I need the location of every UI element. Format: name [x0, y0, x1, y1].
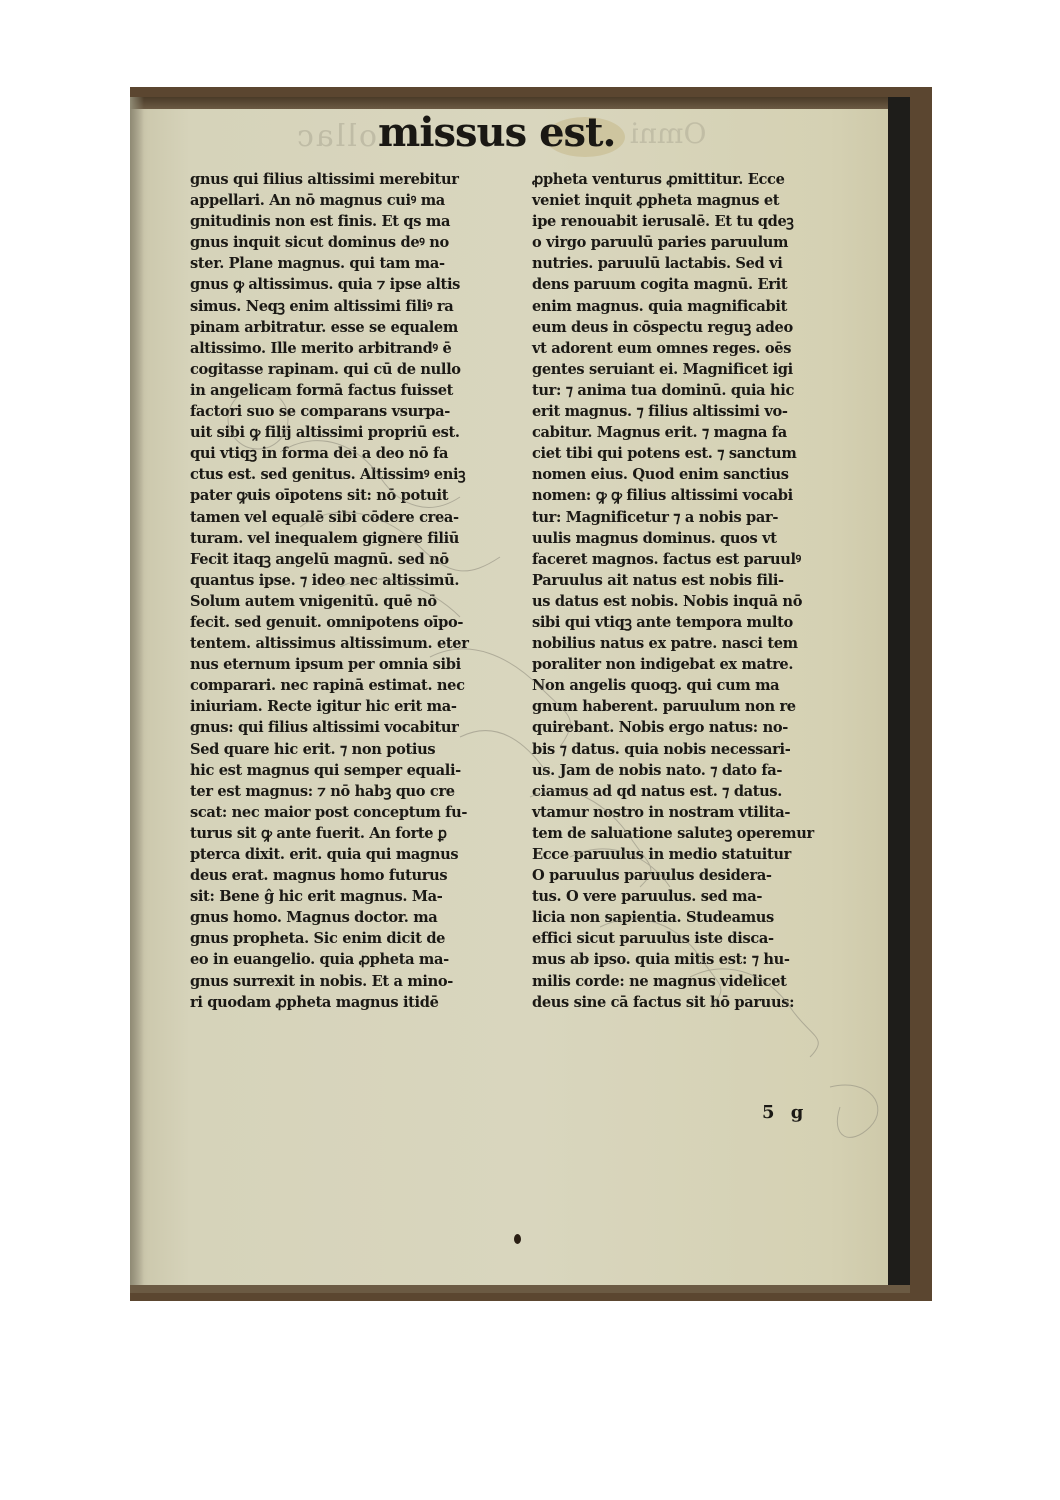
text-line: sibi qui vtiqꝫ ante tempora multo [532, 612, 878, 633]
text-line: factori suo se comparans vsurpa- [190, 401, 536, 422]
text-line: gnus: qui filius altissimi vocabitur [190, 717, 536, 738]
text-line: pinam arbitratur. esse se equalem [190, 317, 536, 338]
text-line: in angelicam formā factus fuisset [190, 380, 536, 401]
text-line: quantus ipse. ⁊ ideo nec altissimū. [190, 570, 536, 591]
text-line: Solum autem vnigenitū. quē nō [190, 591, 536, 612]
text-line: dens paruum cogita magnū. Erit [532, 274, 878, 295]
text-line: gnus ꝙ altissimus. quia ⁊ ipse altis [190, 274, 536, 295]
text-line: cogitasse rapinam. qui cū de nullo [190, 359, 536, 380]
text-line: tus. O vere paruulus. sed ma- [532, 886, 878, 907]
text-line: effici sicut paruulus iste disca- [532, 928, 878, 949]
text-line: vtamur nostro in nostram vtilita- [532, 802, 878, 823]
text-line: gentes seruiant ei. Magnificet igi [532, 359, 878, 380]
text-line: gnitudinis non est finis. Et qs ma [190, 211, 536, 232]
text-line: Fecit itaqꝫ angelū magnū. sed nō [190, 549, 536, 570]
text-line: Non angelis quoqꝫ. qui cum ma [532, 675, 878, 696]
text-line: ster. Plane magnus. qui tam ma- [190, 253, 536, 274]
text-line: O paruulus paruulus desidera- [532, 865, 878, 886]
text-line: ptercа dixit. erit. quia qui magnus [190, 844, 536, 865]
text-line: qui vtiqꝫ in forma dei a deo nō fa [190, 443, 536, 464]
text-line: gnus homo. Magnus doctor. ma [190, 907, 536, 928]
text-line: ri quodam ꝓpheta magnus itidē [190, 992, 536, 1013]
text-line: Sed quare hic erit. ⁊ non potius [190, 739, 536, 760]
text-line: nomen eius. Quod enim sanctius [532, 464, 878, 485]
show-through-text-right: Omni [630, 117, 707, 150]
text-line: deus sine cā factus sit hō paruus: [532, 992, 878, 1013]
text-line: nutries. paruulū lactabis. Sed vi [532, 253, 878, 274]
text-line: deus erat. magnus homo futurus [190, 865, 536, 886]
text-line: erit magnus. ⁊ filius altissimi vo- [532, 401, 878, 422]
text-line: gnus qui filius altissimi merebitur [190, 169, 536, 190]
text-line: fecit. sed genuit. omnipotens oīpo- [190, 612, 536, 633]
text-line: hic est magnus qui semper equali- [190, 760, 536, 781]
text-line: sit: Bene ĝ hic erit magnus. Ma- [190, 886, 536, 907]
text-line: ciet tibi qui potens est. ⁊ sanctum [532, 443, 878, 464]
text-line: vt adorent eum omnes reges. oēs [532, 338, 878, 359]
text-line: gnus inquit sicut dominus deꝰ no [190, 232, 536, 253]
text-line: us. Jam de nobis nato. ⁊ dato fa- [532, 760, 878, 781]
text-line: turus sit ꝙ ante fuerit. An forte ꝑ [190, 823, 536, 844]
signature-mark: 5 g [762, 1102, 803, 1123]
text-line: gnus surrexit in nobis. Et a mino- [190, 971, 536, 992]
text-line: iniuriam. Recte igitur hic erit ma- [190, 696, 536, 717]
text-line: ter est magnus: ⁊ nō habꝫ quo cre [190, 781, 536, 802]
text-line: uulis magnus dominus. quos vt [532, 528, 878, 549]
text-line: uit sibi ꝙ filij altissimi propriū est. [190, 422, 536, 443]
text-line: turam. vel inequalem gignere filiū [190, 528, 536, 549]
text-line: scat: nec maior post conceptum fu- [190, 802, 536, 823]
book-page: ollac Omni missus est. gnus qui filius a… [130, 97, 910, 1287]
text-column-right: ꝓpheta venturus ꝓmittitur. Ecceveniet in… [532, 169, 878, 1013]
text-line: bis ⁊ datus. quia nobis necessari- [532, 739, 878, 760]
text-line: tem de saluatione saluteꝫ operemur [532, 823, 878, 844]
text-line: nomen: ꝙ ꝙ filius altissimi vocabi [532, 485, 878, 506]
text-line: gnus propheta. Sic enim dicit de [190, 928, 536, 949]
text-line: tamen vel equalē sibi cōdere crea- [190, 507, 536, 528]
page-bottom-edge [130, 1285, 910, 1293]
text-line: eum deus in cōspectu reguꝫ adeo [532, 317, 878, 338]
text-line: milis corde: ne magnus videlicet [532, 971, 878, 992]
text-line: faceret magnos. factus est paruulꝰ [532, 549, 878, 570]
text-line: pater ꝙuis oīpotens sit: nō potuit [190, 485, 536, 506]
text-line: appellari. An nō magnus cuiꝰ ma [190, 190, 536, 211]
text-line: Paruulus ait natus est nobis fili- [532, 570, 878, 591]
text-line: tur: Magnificetur ⁊ a nobis par- [532, 507, 878, 528]
text-line: enim magnus. quia magnificabit [532, 296, 878, 317]
gutter-shadow [130, 97, 144, 1287]
book-photo: ollac Omni missus est. gnus qui filius a… [130, 87, 932, 1301]
text-line: ctus est. sed genitus. Altissimꝰ eniꝫ [190, 464, 536, 485]
text-column-left: gnus qui filius altissimi merebiturappel… [190, 169, 536, 1013]
text-line: nobilius natus ex patre. nasci tem [532, 633, 878, 654]
text-line: gnum haberent. paruulum non re [532, 696, 878, 717]
text-line: altissimo. Ille merito arbitrandꝰ ē [190, 338, 536, 359]
text-line: simus. Neqꝫ enim altissimi filiꝰ ra [190, 296, 536, 317]
text-line: comparari. nec rapinā estimat. nec [190, 675, 536, 696]
text-line: quirebant. Nobis ergo natus: no- [532, 717, 878, 738]
text-line: cabitur. Magnus erit. ⁊ magna fa [532, 422, 878, 443]
text-line: mus ab ipso. quia mitis est: ⁊ hu- [532, 949, 878, 970]
text-line: ciamus ad qd natus est. ⁊ datus. [532, 781, 878, 802]
right-binding-edge [888, 97, 910, 1287]
text-line: nus eternum ipsum per omnia sibi [190, 654, 536, 675]
running-head: missus est. [378, 109, 615, 156]
text-line: us datus est nobis. Nobis inquā nō [532, 591, 878, 612]
text-line: veniet inquit ꝓpheta magnus et [532, 190, 878, 211]
text-line: o virgo paruulū paries paruulum [532, 232, 878, 253]
text-line: tur: ⁊ anima tua dominū. quia hic [532, 380, 878, 401]
pin-hole [514, 1234, 521, 1244]
text-line: ipe renouabit ierusalē. Et tu qdeꝫ [532, 211, 878, 232]
text-line: tentem. altissimus altissimum. eter [190, 633, 536, 654]
text-line: eo in euangelio. quia ꝓpheta ma- [190, 949, 536, 970]
text-line: licia non sapientia. Studeamus [532, 907, 878, 928]
text-line: ꝓpheta venturus ꝓmittitur. Ecce [532, 169, 878, 190]
page-top-edge [130, 97, 910, 109]
text-line: poraliter non indigebat ex matre. [532, 654, 878, 675]
text-line: Ecce paruulus in medio statuitur [532, 844, 878, 865]
show-through-text-left: ollac [295, 119, 377, 154]
